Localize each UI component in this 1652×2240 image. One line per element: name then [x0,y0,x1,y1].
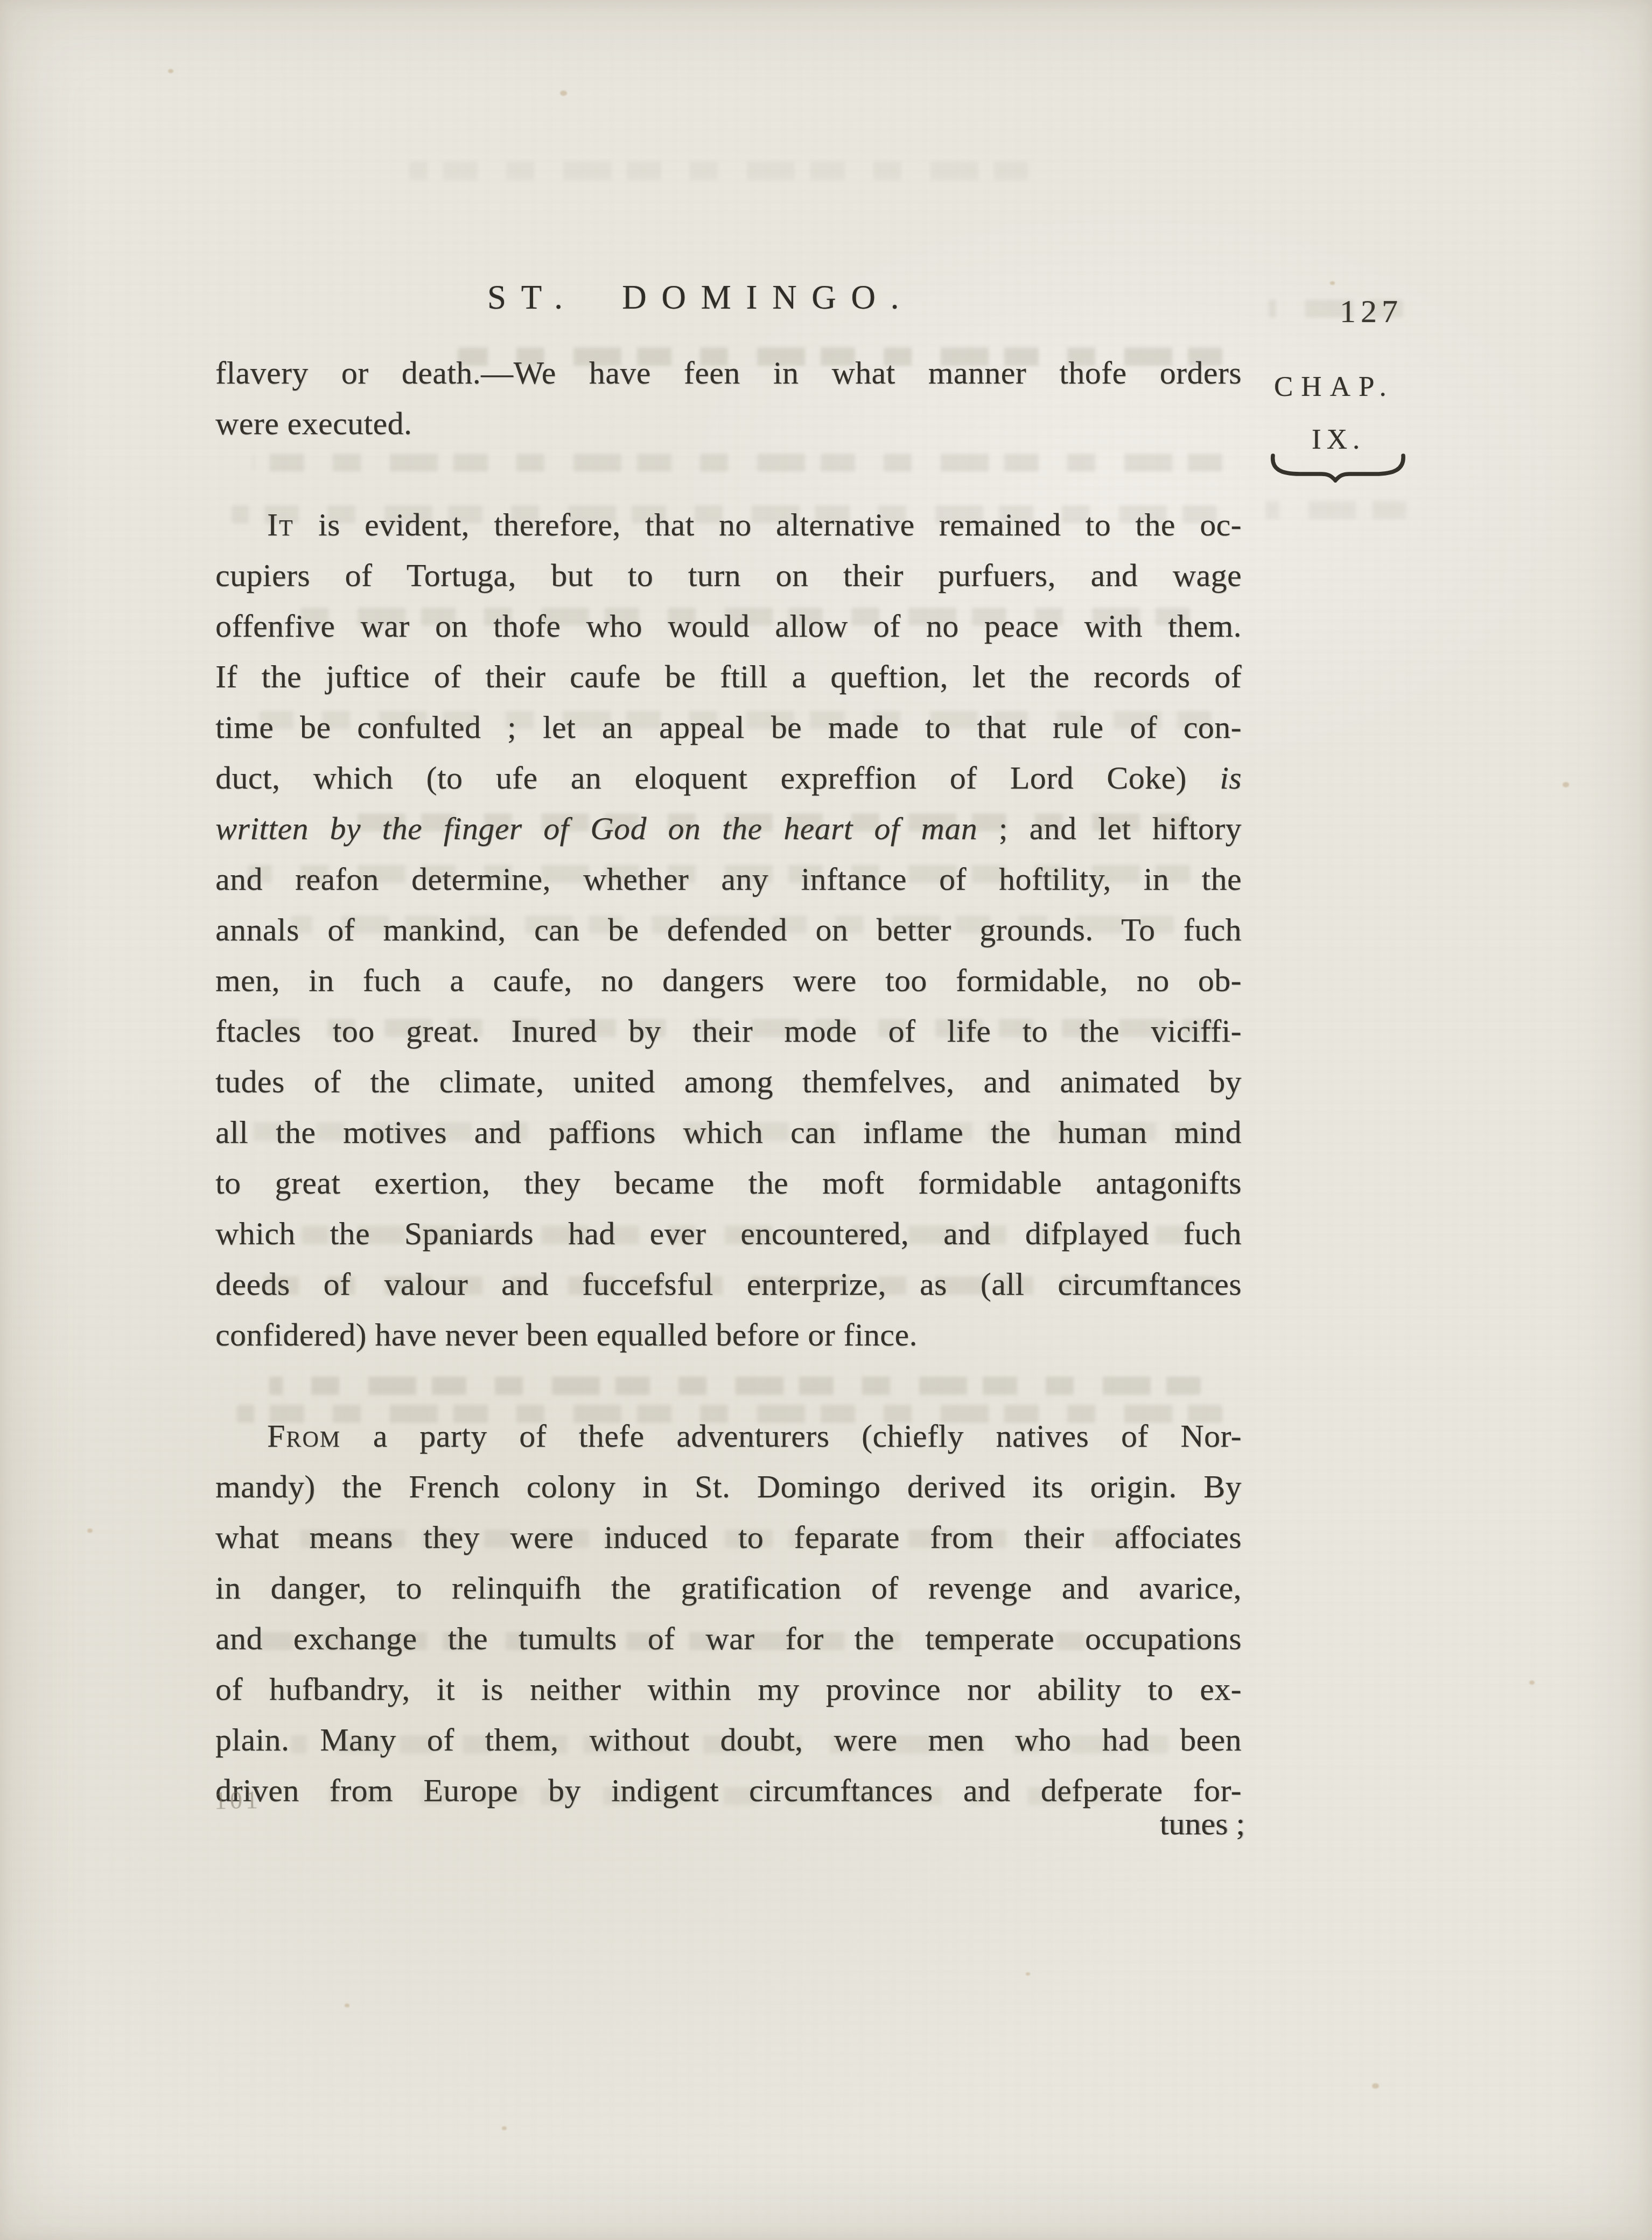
paragraph: From a party of thefe adventurers (chief… [215,1411,1242,1816]
text-segment: tudes of the climate, united among themf… [215,1064,1242,1099]
text-line: men, in fuch a caufe, no dangers were to… [215,955,1242,1006]
text-line: tudes of the climate, united among themf… [215,1056,1242,1107]
margin-chapter-numeral: IX. [1312,423,1365,456]
foxing-speck [1330,281,1335,285]
text-segment: to great exertion, they became the moft … [215,1165,1242,1201]
text-segment: is evident, therefore, that no alternati… [294,507,1242,542]
text-line: and reafon determine, whether any inftan… [215,854,1242,904]
text-line: which the Spaniards had ever encountered… [215,1208,1242,1259]
text-line: and exchange the tumults of war for the … [215,1613,1242,1664]
text-line: were executed. [215,398,1242,449]
text-segment: driven from Europe by indigent circumfta… [215,1773,1242,1808]
text-line: offenfive war on thofe who would allow o… [215,601,1242,651]
text-segment: of hufbandry, it is neither within my pr… [215,1671,1242,1707]
text-line: flavery or death.—We have feen in what m… [215,347,1242,398]
text-line: plain. Many of them, without doubt, were… [215,1714,1242,1765]
text-line: duct, which (to ufe an eloquent expreffi… [215,752,1242,803]
text-line: cupiers of Tortuga, but to turn on their… [215,550,1242,601]
text-line: what means they were induced to feparate… [215,1512,1242,1562]
text-segment: ftacles too great. Inured by their mode … [215,1013,1242,1049]
text-segment: duct, which (to ufe an eloquent expreffi… [215,760,1220,795]
foxing-speck [87,1529,93,1533]
chapter-brace-icon [1269,452,1408,483]
text-segment: and reafon determine, whether any inftan… [215,861,1242,897]
text-segment: From [267,1418,341,1454]
text-line: to great exertion, they became the moft … [215,1157,1242,1208]
text-line: annals of mankind, can be defended on be… [215,904,1242,955]
text-line: From a party of thefe adventurers (chief… [215,1411,1242,1461]
text-line: confidered) have never been equalled bef… [215,1309,1242,1360]
foxing-speck [560,90,567,96]
text-segment: deeds of valour and fuccefsful enterpriz… [215,1266,1242,1302]
text-segment: were executed. [215,406,412,441]
text-segment: plain. Many of them, without doubt, were… [215,1722,1242,1757]
text-segment: in danger, to relinquifh the gratificati… [215,1570,1242,1606]
text-line: It is evident, therefore, that no altern… [215,499,1242,550]
text-line: If the juftice of their caufe be ftill a… [215,651,1242,702]
running-header-title: ST. DOMINGO. [487,278,914,317]
book-page: ST. DOMINGO. 127 CHAP. IX. flavery or de… [0,0,1652,2240]
text-segment: which the Spaniards had ever encountered… [215,1216,1242,1251]
foxing-speck [1529,1680,1535,1685]
margin-chapter-label: CHAP. [1274,371,1395,403]
text-segment: mandy) the French colony in St. Domingo … [215,1469,1242,1504]
text-line: written by the finger of God on the hear… [215,803,1242,854]
text-segment: ; and let hiftory [977,811,1242,846]
text-line: mandy) the French colony in St. Domingo … [215,1461,1242,1512]
foxing-speck [502,2126,507,2130]
text-segment: written by the finger of God on the hear… [215,811,977,846]
show-through-line [1265,501,1406,519]
text-segment: It [267,507,294,542]
foxing-speck [168,69,173,73]
text-line: ftacles too great. Inured by their mode … [215,1006,1242,1056]
text-segment: a party of thefe adventurers (chiefly na… [341,1418,1242,1454]
text-line: all the motives and paffions which can i… [215,1107,1242,1157]
text-segment: If the juftice of their caufe be ftill a… [215,659,1242,694]
text-segment: confidered) have never been equalled bef… [215,1317,918,1352]
foxing-speck [1026,1972,1030,1976]
paragraph: It is evident, therefore, that no altern… [215,499,1242,1360]
text-segment: cupiers of Tortuga, but to turn on their… [215,557,1242,593]
body-text: flavery or death.—We have feen in what m… [215,347,1242,1816]
text-segment: annals of mankind, can be defended on be… [215,912,1242,947]
text-segment: men, in fuch a caufe, no dangers were to… [215,962,1242,998]
stray-page-mark: 101 [214,1785,262,1815]
text-line: time be confulted ; let an appeal be mad… [215,702,1242,752]
foxing-speck [345,2004,349,2007]
foxing-speck [1563,782,1569,787]
text-line: of hufbandry, it is neither within my pr… [215,1664,1242,1714]
text-segment: is [1220,760,1242,795]
text-segment: time be confulted ; let an appeal be mad… [215,709,1242,745]
text-segment: and exchange the tumults of war for the … [215,1621,1242,1656]
foxing-speck [1372,2083,1379,2089]
text-segment: offenfive war on thofe who would allow o… [215,608,1242,644]
paragraph: flavery or death.—We have feen in what m… [215,347,1242,449]
text-segment: what means they were induced to feparate… [215,1519,1242,1555]
text-segment: all the motives and paffions which can i… [215,1114,1242,1150]
text-line: deeds of valour and fuccefsful enterpriz… [215,1259,1242,1309]
text-segment: flavery or death.—We have feen in what m… [215,355,1242,390]
catchword: tunes ; [215,1805,1245,1843]
text-line: in danger, to relinquifh the gratificati… [215,1562,1242,1613]
page-number: 127 [1340,293,1403,330]
show-through-line [409,162,1028,180]
